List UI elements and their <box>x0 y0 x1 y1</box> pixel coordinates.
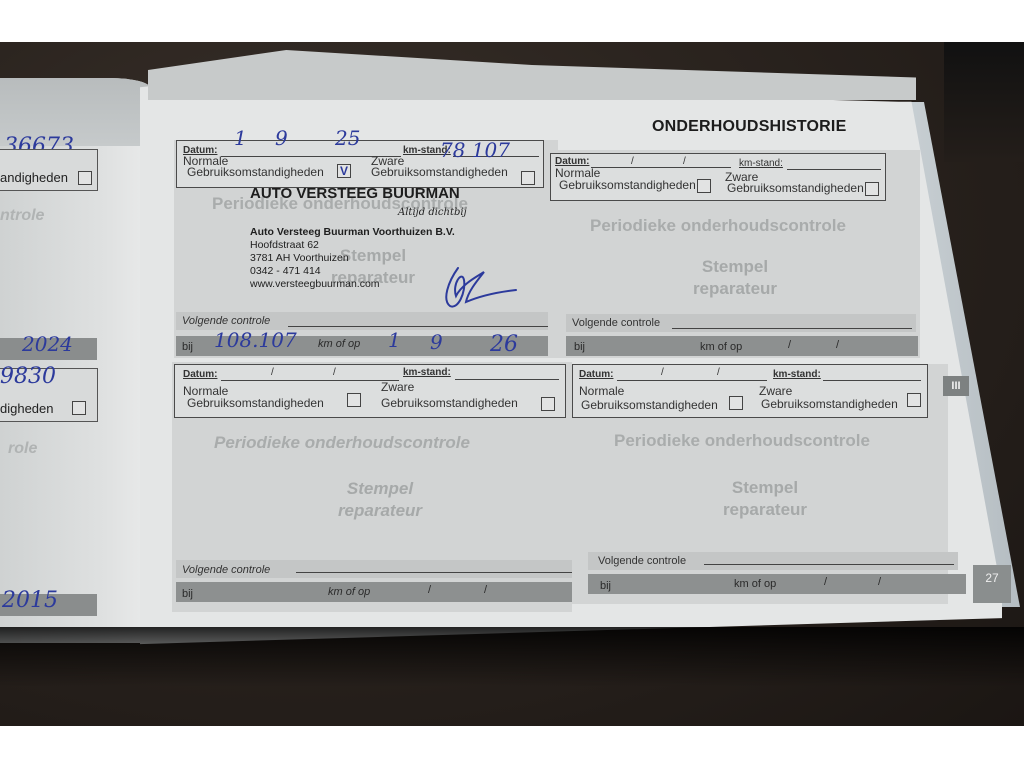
form-3-slash-a: / <box>428 584 431 596</box>
left-checkbox-1 <box>78 171 92 185</box>
form-2-next-label: Volgende controle <box>572 317 660 329</box>
form-1-heavy-label-2: Gebruiksomstandigheden <box>371 166 508 178</box>
form-4-datum-line <box>617 380 767 381</box>
form-2-datum-line <box>591 167 731 168</box>
handwritten-datum-day: 1 <box>234 126 247 150</box>
form-3-bg-text-stempel: Stempel reparateur <box>320 478 440 522</box>
form-3-normal-label-2: Gebruiksomstandigheden <box>187 397 324 409</box>
section-tab-marker: III <box>943 376 969 396</box>
left-form-head-1: andigheden <box>0 149 98 191</box>
form-3-km-line <box>455 379 559 380</box>
form-2-normal-checkbox[interactable] <box>697 179 711 193</box>
form-2-km-label: km-stand: <box>739 158 783 169</box>
dealer-stamp-city: 3781 AH Voorthuizen <box>250 252 349 264</box>
dealer-stamp-slogan: Altijd dichtbij <box>398 207 467 218</box>
form-2-bij-label: bij <box>574 341 585 353</box>
form-3-bij-row[interactable]: bij km of op / / <box>176 582 582 602</box>
form-2-slash-a: / <box>788 339 791 351</box>
form-3-next-line <box>296 572 576 573</box>
page-title: ONDERHOUDSHISTORIE <box>652 118 846 136</box>
handwritten-year-left-2: 2015 <box>2 588 58 613</box>
form-3-km-label: km-stand: <box>403 367 451 378</box>
form-3-slash-2: / <box>333 367 336 378</box>
form-2-bg-text-stempel: Stempel reparateur <box>680 256 790 300</box>
left-checkbox-2 <box>72 401 86 415</box>
form-3-normal-checkbox[interactable] <box>347 393 361 407</box>
form-3-datum-line <box>221 380 399 381</box>
form-2-header: Datum: / / km-stand: Normale Gebruiksoms… <box>550 153 886 201</box>
form-3-km-of-op-label: km of op <box>328 586 370 598</box>
form-2-km-line <box>787 169 881 170</box>
handwritten-next-km: 108.107 <box>214 328 297 352</box>
dark-corner <box>944 42 1024 162</box>
form-1-bij-label: bij <box>182 341 193 353</box>
dealer-stamp-company: Auto Versteeg Buurman Voorthuizen B.V. <box>250 226 455 238</box>
form-4-slash-b: / <box>878 576 881 588</box>
form-4-km-label: km-stand: <box>773 369 821 380</box>
form-2-next-row: Volgende controle <box>566 314 916 332</box>
form-2-bg-text-3: reparateur <box>680 278 790 300</box>
handwritten-next-year: 26 <box>490 332 518 357</box>
form-4-bg-text-3: reparateur <box>710 499 820 521</box>
form-3-bij-label: bij <box>182 588 193 600</box>
handwritten-next-day: 1 <box>388 328 401 352</box>
form-2-normal-label-2: Gebruiksomstandigheden <box>559 179 696 191</box>
form-4-normal-checkbox[interactable] <box>729 396 743 410</box>
form-4-slash-2: / <box>717 367 720 378</box>
form-1-normal-label-2: Gebruiksomstandigheden <box>187 166 324 178</box>
form-2-bg-text-2: Stempel <box>680 256 790 278</box>
form-2-heavy-checkbox[interactable] <box>865 182 879 196</box>
form-2-next-line <box>672 328 912 329</box>
form-4-heavy-label-2: Gebruiksomstandigheden <box>761 398 898 410</box>
form-3-datum-label: Datum: <box>183 369 217 380</box>
signature-icon <box>440 262 520 312</box>
handwritten-next-month: 9 <box>430 330 443 354</box>
form-4-bg-text-stempel: Stempel reparateur <box>710 477 820 521</box>
form-2-bij-row[interactable]: bij km of op / / <box>566 336 918 356</box>
form-2-heavy-label-2: Gebruiksomstandigheden <box>727 182 864 194</box>
form-1-heavy-checkbox[interactable] <box>521 171 535 185</box>
form-1-normal-checkbox[interactable]: V <box>337 164 351 178</box>
form-3-slash-1: / <box>271 367 274 378</box>
dealer-stamp-street: Hoofdstraat 62 <box>250 239 319 251</box>
handwritten-km-left-2: 9830 <box>0 364 56 389</box>
form-4-heavy-label-1: Zware <box>759 385 792 397</box>
left-option-label-2: digheden <box>0 401 54 416</box>
handwritten-datum-year: 25 <box>335 126 360 150</box>
form-4-slash-1: / <box>661 367 664 378</box>
form-2-bg-text-1: Periodieke onderhoudscontrole <box>590 216 846 236</box>
handwritten-year-left-1: 2024 <box>22 332 73 356</box>
form-1-km-of-op-label: km of op <box>318 338 360 350</box>
form-1-next-line <box>288 326 550 327</box>
handwritten-km-stand: 78 107 <box>440 138 510 162</box>
handwritten-datum-month: 9 <box>275 126 288 150</box>
form-4-km-line <box>823 380 921 381</box>
form-4-heavy-checkbox[interactable] <box>907 393 921 407</box>
form-2-slash-1: / <box>631 156 634 167</box>
form-3-heavy-label-1: Zware <box>381 381 414 393</box>
form-2-slash-b: / <box>836 339 839 351</box>
form-3-bg-text-1: Periodieke onderhoudscontrole <box>214 433 470 453</box>
form-2-km-of-op-label: km of op <box>700 341 742 353</box>
dealer-stamp-phone: 0342 - 471 414 <box>250 265 321 277</box>
form-4-km-of-op-label: km of op <box>734 578 776 590</box>
form-2-slash-2: / <box>683 156 686 167</box>
form-4-slash-a: / <box>824 576 827 588</box>
form-3-next-label: Volgende controle <box>182 564 270 576</box>
dealer-stamp-website: www.versteegbuurman.com <box>250 278 380 290</box>
form-3-bg-text-3: reparateur <box>320 500 440 522</box>
form-4-normal-label-2: Gebruiksomstandigheden <box>581 399 718 411</box>
book-shadow <box>0 627 1024 687</box>
form-4-next-label: Volgende controle <box>598 555 686 567</box>
left-faint-text-1: ntrole <box>0 207 44 225</box>
left-faint-text-2: role <box>8 440 37 458</box>
form-4-next-row: Volgende controle <box>588 552 958 570</box>
form-4-bij-label: bij <box>600 580 611 592</box>
form-4-header: Datum: / / km-stand: Normale Gebruiksoms… <box>572 364 928 418</box>
form-3-bg-text-2: Stempel <box>320 478 440 500</box>
dealer-stamp-name: AUTO VERSTEEG BUURMAN <box>250 185 460 202</box>
form-4-datum-label: Datum: <box>579 369 613 380</box>
page-number: 27 <box>973 565 1011 603</box>
form-4-bg-text-2: Stempel <box>710 477 820 499</box>
form-3-next-row: Volgende controle <box>176 560 580 578</box>
form-4-bg-text-1: Periodieke onderhoudscontrole <box>614 431 870 451</box>
form-1-next-label: Volgende controle <box>182 315 270 327</box>
form-4-next-line <box>704 564 954 565</box>
left-option-label-1: andigheden <box>0 170 68 185</box>
form-4-normal-label-1: Normale <box>579 385 624 397</box>
form-4-bij-row[interactable]: bij km of op / / <box>588 574 966 594</box>
form-3-header: Datum: / / km-stand: Normale Gebruiksoms… <box>174 364 566 418</box>
form-3-slash-b: / <box>484 584 487 596</box>
form-3-heavy-label-2: Gebruiksomstandigheden <box>381 397 518 409</box>
form-3-heavy-checkbox[interactable] <box>541 397 555 411</box>
